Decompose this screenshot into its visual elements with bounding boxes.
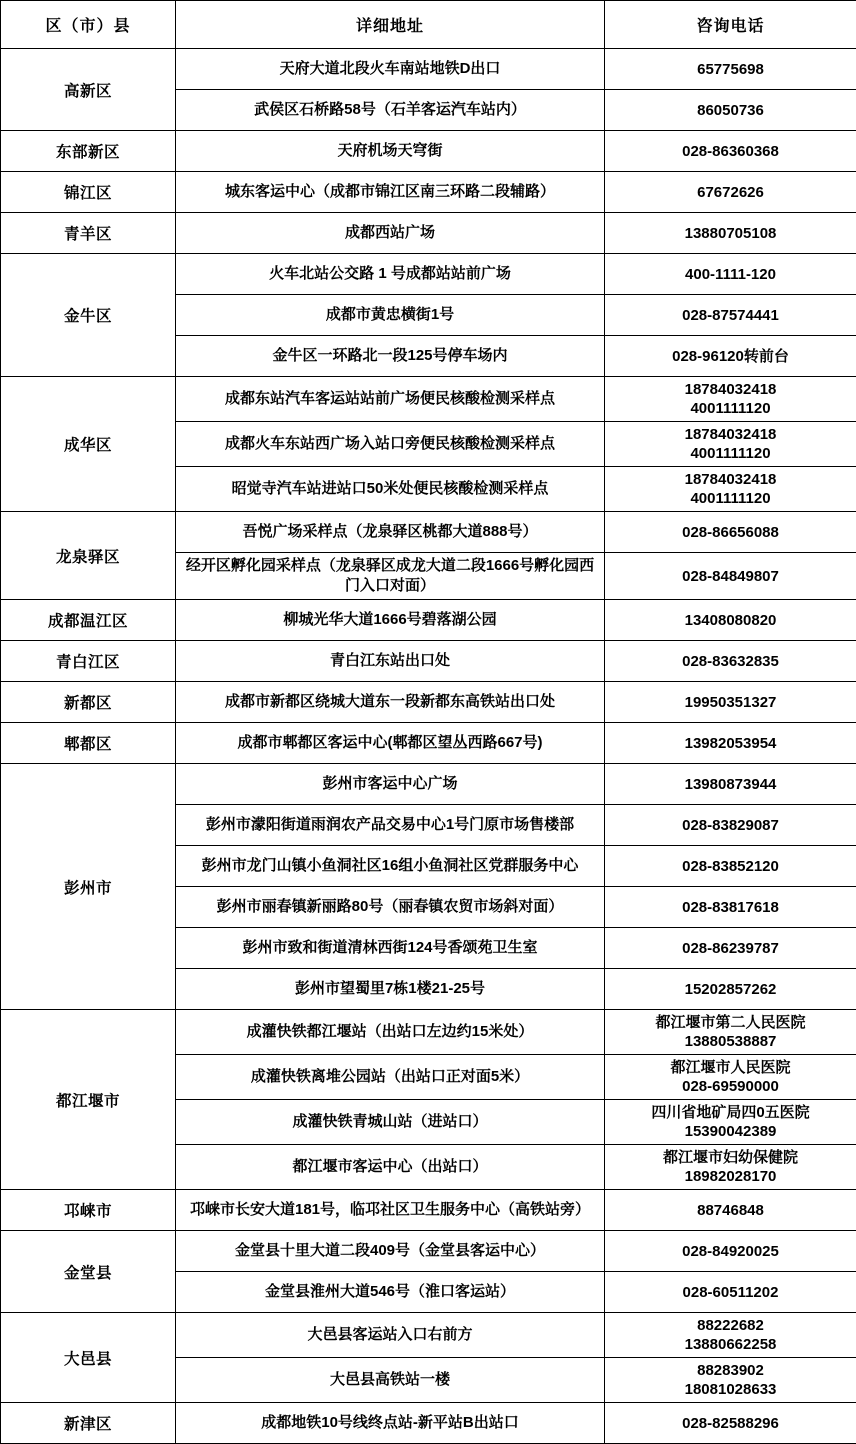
locations-table-body: 高新区天府大道北段火车南站地铁D出口65775698武侯区石桥路58号（石羊客运… <box>1 49 856 1444</box>
phone-cell: 028-96120转前台 <box>605 336 856 377</box>
table-row: 新都区成都市新都区绕城大道东一段新都东高铁站出口处19950351327 <box>1 682 856 723</box>
header-row: 区（市）县 详细地址 咨询电话 <box>1 1 856 49</box>
address-cell: 成都市郫都区客运中心(郫都区望丛西路667号) <box>176 723 605 764</box>
phone-cell: 028-84849807 <box>605 553 856 600</box>
header-phone: 咨询电话 <box>605 1 856 49</box>
address-cell: 成都市新都区绕城大道东一段新都东高铁站出口处 <box>176 682 605 723</box>
phone-cell: 028-86656088 <box>605 512 856 553</box>
phone-cell: 88283902 18081028633 <box>605 1358 856 1403</box>
address-cell: 彭州市丽春镇新丽路80号（丽春镇农贸市场斜对面） <box>176 887 605 928</box>
address-cell: 成都东站汽车客运站站前广场便民核酸检测采样点 <box>176 377 605 422</box>
phone-cell: 028-86239787 <box>605 928 856 969</box>
table-row: 郫都区成都市郫都区客运中心(郫都区望丛西路667号)13982053954 <box>1 723 856 764</box>
district-cell: 都江堰市 <box>1 1010 176 1190</box>
district-cell: 高新区 <box>1 49 176 131</box>
district-cell: 大邑县 <box>1 1313 176 1403</box>
address-cell: 彭州市龙门山镇小鱼洞社区16组小鱼洞社区党群服务中心 <box>176 846 605 887</box>
table-row: 锦江区城东客运中心（成都市锦江区南三环路二段辅路）67672626 <box>1 172 856 213</box>
table-row: 大邑县大邑县客运站入口右前方88222682 13880662258 <box>1 1313 856 1358</box>
phone-cell: 13880705108 <box>605 213 856 254</box>
district-cell: 邛崃市 <box>1 1190 176 1231</box>
district-cell: 彭州市 <box>1 764 176 1010</box>
district-cell: 青羊区 <box>1 213 176 254</box>
table-row: 成都温江区柳城光华大道1666号碧落湖公园13408080820 <box>1 600 856 641</box>
address-cell: 天府大道北段火车南站地铁D出口 <box>176 49 605 90</box>
district-cell: 郫都区 <box>1 723 176 764</box>
phone-cell: 86050736 <box>605 90 856 131</box>
address-cell: 彭州市濛阳街道雨润农产品交易中心1号门原市场售楼部 <box>176 805 605 846</box>
phone-cell: 13982053954 <box>605 723 856 764</box>
district-cell: 东部新区 <box>1 131 176 172</box>
address-cell: 城东客运中心（成都市锦江区南三环路二段辅路） <box>176 172 605 213</box>
address-cell: 经开区孵化园采样点（龙泉驿区成龙大道二段1666号孵化园西门入口对面） <box>176 553 605 600</box>
table-row: 金堂县金堂县十里大道二段409号（金堂县客运中心）028-84920025 <box>1 1231 856 1272</box>
phone-cell: 028-87574441 <box>605 295 856 336</box>
address-cell: 昭觉寺汽车站进站口50米处便民核酸检测采样点 <box>176 467 605 512</box>
phone-cell: 88222682 13880662258 <box>605 1313 856 1358</box>
phone-cell: 18784032418 4001111120 <box>605 422 856 467</box>
phone-cell: 13408080820 <box>605 600 856 641</box>
table-row: 都江堰市成灌快铁都江堰站（出站口左边约15米处）都江堰市第二人民医院 13880… <box>1 1010 856 1055</box>
address-cell: 成都火车东站西广场入站口旁便民核酸检测采样点 <box>176 422 605 467</box>
phone-cell: 028-60511202 <box>605 1272 856 1313</box>
phone-cell: 都江堰市第二人民医院 13880538887 <box>605 1010 856 1055</box>
table-row: 高新区天府大道北段火车南站地铁D出口65775698 <box>1 49 856 90</box>
address-cell: 成灌快铁离堆公园站（出站口正对面5米） <box>176 1055 605 1100</box>
table-row: 金牛区火车北站公交路 1 号成都站站前广场400-1111-120 <box>1 254 856 295</box>
address-cell: 成灌快铁都江堰站（出站口左边约15米处） <box>176 1010 605 1055</box>
table-row: 邛崃市邛崃市长安大道181号，临邛社区卫生服务中心（高铁站旁）88746848 <box>1 1190 856 1231</box>
phone-cell: 都江堰市妇幼保健院 18982028170 <box>605 1145 856 1190</box>
table-row: 青羊区成都西站广场13880705108 <box>1 213 856 254</box>
phone-cell: 67672626 <box>605 172 856 213</box>
address-cell: 成都地铁10号线终点站-新平站B出站口 <box>176 1403 605 1444</box>
header-address: 详细地址 <box>176 1 605 49</box>
table-row: 青白江区青白江东站出口处028-83632835 <box>1 641 856 682</box>
district-cell: 新津区 <box>1 1403 176 1444</box>
district-cell: 新都区 <box>1 682 176 723</box>
address-cell: 金堂县十里大道二段409号（金堂县客运中心） <box>176 1231 605 1272</box>
address-cell: 成都市黄忠横街1号 <box>176 295 605 336</box>
phone-cell: 19950351327 <box>605 682 856 723</box>
phone-cell: 65775698 <box>605 49 856 90</box>
address-cell: 火车北站公交路 1 号成都站站前广场 <box>176 254 605 295</box>
table-row: 龙泉驿区吾悦广场采样点（龙泉驿区桃都大道888号）028-86656088 <box>1 512 856 553</box>
phone-cell: 400-1111-120 <box>605 254 856 295</box>
phone-cell: 18784032418 4001111120 <box>605 467 856 512</box>
address-cell: 邛崃市长安大道181号，临邛社区卫生服务中心（高铁站旁） <box>176 1190 605 1231</box>
address-cell: 金堂县淮州大道546号（淮口客运站） <box>176 1272 605 1313</box>
address-cell: 彭州市客运中心广场 <box>176 764 605 805</box>
address-cell: 金牛区一环路北一段125号停车场内 <box>176 336 605 377</box>
phone-cell: 88746848 <box>605 1190 856 1231</box>
phone-cell: 028-84920025 <box>605 1231 856 1272</box>
district-cell: 龙泉驿区 <box>1 512 176 600</box>
phone-cell: 028-83632835 <box>605 641 856 682</box>
table-row: 东部新区天府机场天穹街028-86360368 <box>1 131 856 172</box>
district-cell: 锦江区 <box>1 172 176 213</box>
district-cell: 金牛区 <box>1 254 176 377</box>
district-cell: 成都温江区 <box>1 600 176 641</box>
phone-cell: 028-82588296 <box>605 1403 856 1444</box>
address-cell: 彭州市望蜀里7栋1楼21-25号 <box>176 969 605 1010</box>
phone-cell: 028-86360368 <box>605 131 856 172</box>
phone-cell: 13980873944 <box>605 764 856 805</box>
phone-cell: 028-83829087 <box>605 805 856 846</box>
table-row: 彭州市彭州市客运中心广场13980873944 <box>1 764 856 805</box>
address-cell: 柳城光华大道1666号碧落湖公园 <box>176 600 605 641</box>
address-cell: 彭州市致和街道清林西街124号香颂苑卫生室 <box>176 928 605 969</box>
address-cell: 都江堰市客运中心（出站口） <box>176 1145 605 1190</box>
address-cell: 成灌快铁青城山站（进站口） <box>176 1100 605 1145</box>
district-cell: 金堂县 <box>1 1231 176 1313</box>
phone-cell: 15202857262 <box>605 969 856 1010</box>
table-row: 新津区成都地铁10号线终点站-新平站B出站口028-82588296 <box>1 1403 856 1444</box>
phone-cell: 四川省地矿局四0五医院 15390042389 <box>605 1100 856 1145</box>
phone-cell: 18784032418 4001111120 <box>605 377 856 422</box>
table-row: 成华区成都东站汽车客运站站前广场便民核酸检测采样点18784032418 400… <box>1 377 856 422</box>
phone-cell: 028-83852120 <box>605 846 856 887</box>
address-cell: 大邑县高铁站一楼 <box>176 1358 605 1403</box>
locations-table: 区（市）县 详细地址 咨询电话 高新区天府大道北段火车南站地铁D出口657756… <box>0 0 856 1444</box>
district-cell: 成华区 <box>1 377 176 512</box>
phone-cell: 028-83817618 <box>605 887 856 928</box>
header-district: 区（市）县 <box>1 1 176 49</box>
address-cell: 吾悦广场采样点（龙泉驿区桃都大道888号） <box>176 512 605 553</box>
address-cell: 大邑县客运站入口右前方 <box>176 1313 605 1358</box>
phone-cell: 都江堰市人民医院 028-69590000 <box>605 1055 856 1100</box>
address-cell: 青白江东站出口处 <box>176 641 605 682</box>
district-cell: 青白江区 <box>1 641 176 682</box>
address-cell: 成都西站广场 <box>176 213 605 254</box>
page: 区（市）县 详细地址 咨询电话 高新区天府大道北段火车南站地铁D出口657756… <box>0 0 856 1444</box>
address-cell: 天府机场天穹街 <box>176 131 605 172</box>
address-cell: 武侯区石桥路58号（石羊客运汽车站内） <box>176 90 605 131</box>
